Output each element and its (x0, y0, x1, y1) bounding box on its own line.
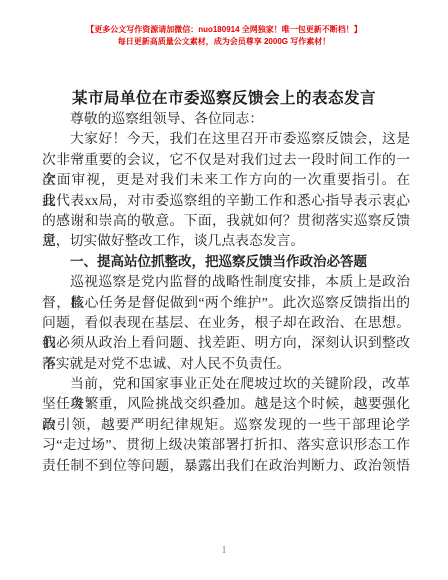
watermark-line-2: 每日更新高质量公文素材，成为会员尊享 2000G 写作素材！ (0, 36, 448, 48)
watermark-line-1: 【更多公文写作资源请加微信：nuo180914 全网独家！唯一包更新不断档！】 (0, 24, 448, 36)
document-title: 某市局单位在市委巡察反馈会上的表态发言 (0, 86, 448, 108)
body-line: 次非常重要的会议，它不仅是对我们过去一段时间工作的一次 (42, 150, 410, 170)
body-line: 全面审视，更是对我们未来工作方向的一次重要指引。在此， (42, 170, 410, 190)
body-line: 见，切实做好整改工作，谈几点表态发言。 (42, 231, 410, 251)
body-line: 习“走过场”、贯彻上级决策部署打折扣、落实意识形态工作 (42, 435, 410, 455)
body-line: 落实就是对党不忠诚、对人民不负责任。 (42, 354, 410, 374)
document-body: 尊敬的巡察组领导、各位同志：大家好！今天，我们在这里召开市委巡察反馈会，这是一次… (42, 109, 410, 476)
body-line: 一、提高站位抓整改，把巡察反馈当作政治必答题 (42, 252, 410, 272)
body-line: 督，核心任务是督促做到“两个维护”。此次巡察反馈指出的 (42, 293, 410, 313)
body-line: 问题，看似表现在基层、在业务，根子却在政治、在思想。我 (42, 313, 410, 333)
body-line: 坚任务繁重，风险挑战交织叠加。越是这个时候，越要强化政 (42, 394, 410, 414)
body-line: 们必须从政治上看问题、找差距、明方向，深刻认识到整改不 (42, 333, 410, 353)
watermark-banner: 【更多公文写作资源请加微信：nuo180914 全网独家！唯一包更新不断档！】 … (0, 24, 448, 48)
body-line: 治引领，越要严明纪律规矩。巡察发现的一些干部理论学 (42, 415, 410, 435)
page-number: 1 (0, 545, 448, 556)
body-line: 我代表xx局，对市委巡察组的辛勤工作和悉心指导表示衷心 (42, 191, 410, 211)
body-line: 的感谢和崇高的敬意。下面，我就如何？贯彻落实巡察反馈意 (42, 211, 410, 231)
body-line: 尊敬的巡察组领导、各位同志： (42, 109, 410, 129)
document-page: 【更多公文写作资源请加微信：nuo180914 全网独家！唯一包更新不断档！】 … (0, 0, 448, 580)
body-line: 当前，党和国家事业正处在爬坡过坎的关键阶段，改革攻 (42, 374, 410, 394)
body-line: 责任制不到位等问题，暴露出我们在政治判断力、政治领悟 (42, 456, 410, 476)
body-line: 大家好！今天，我们在这里召开市委巡察反馈会，这是一 (42, 129, 410, 149)
body-line: 巡视巡察是党内监督的战略性制度安排，本质上是政治监 (42, 272, 410, 292)
